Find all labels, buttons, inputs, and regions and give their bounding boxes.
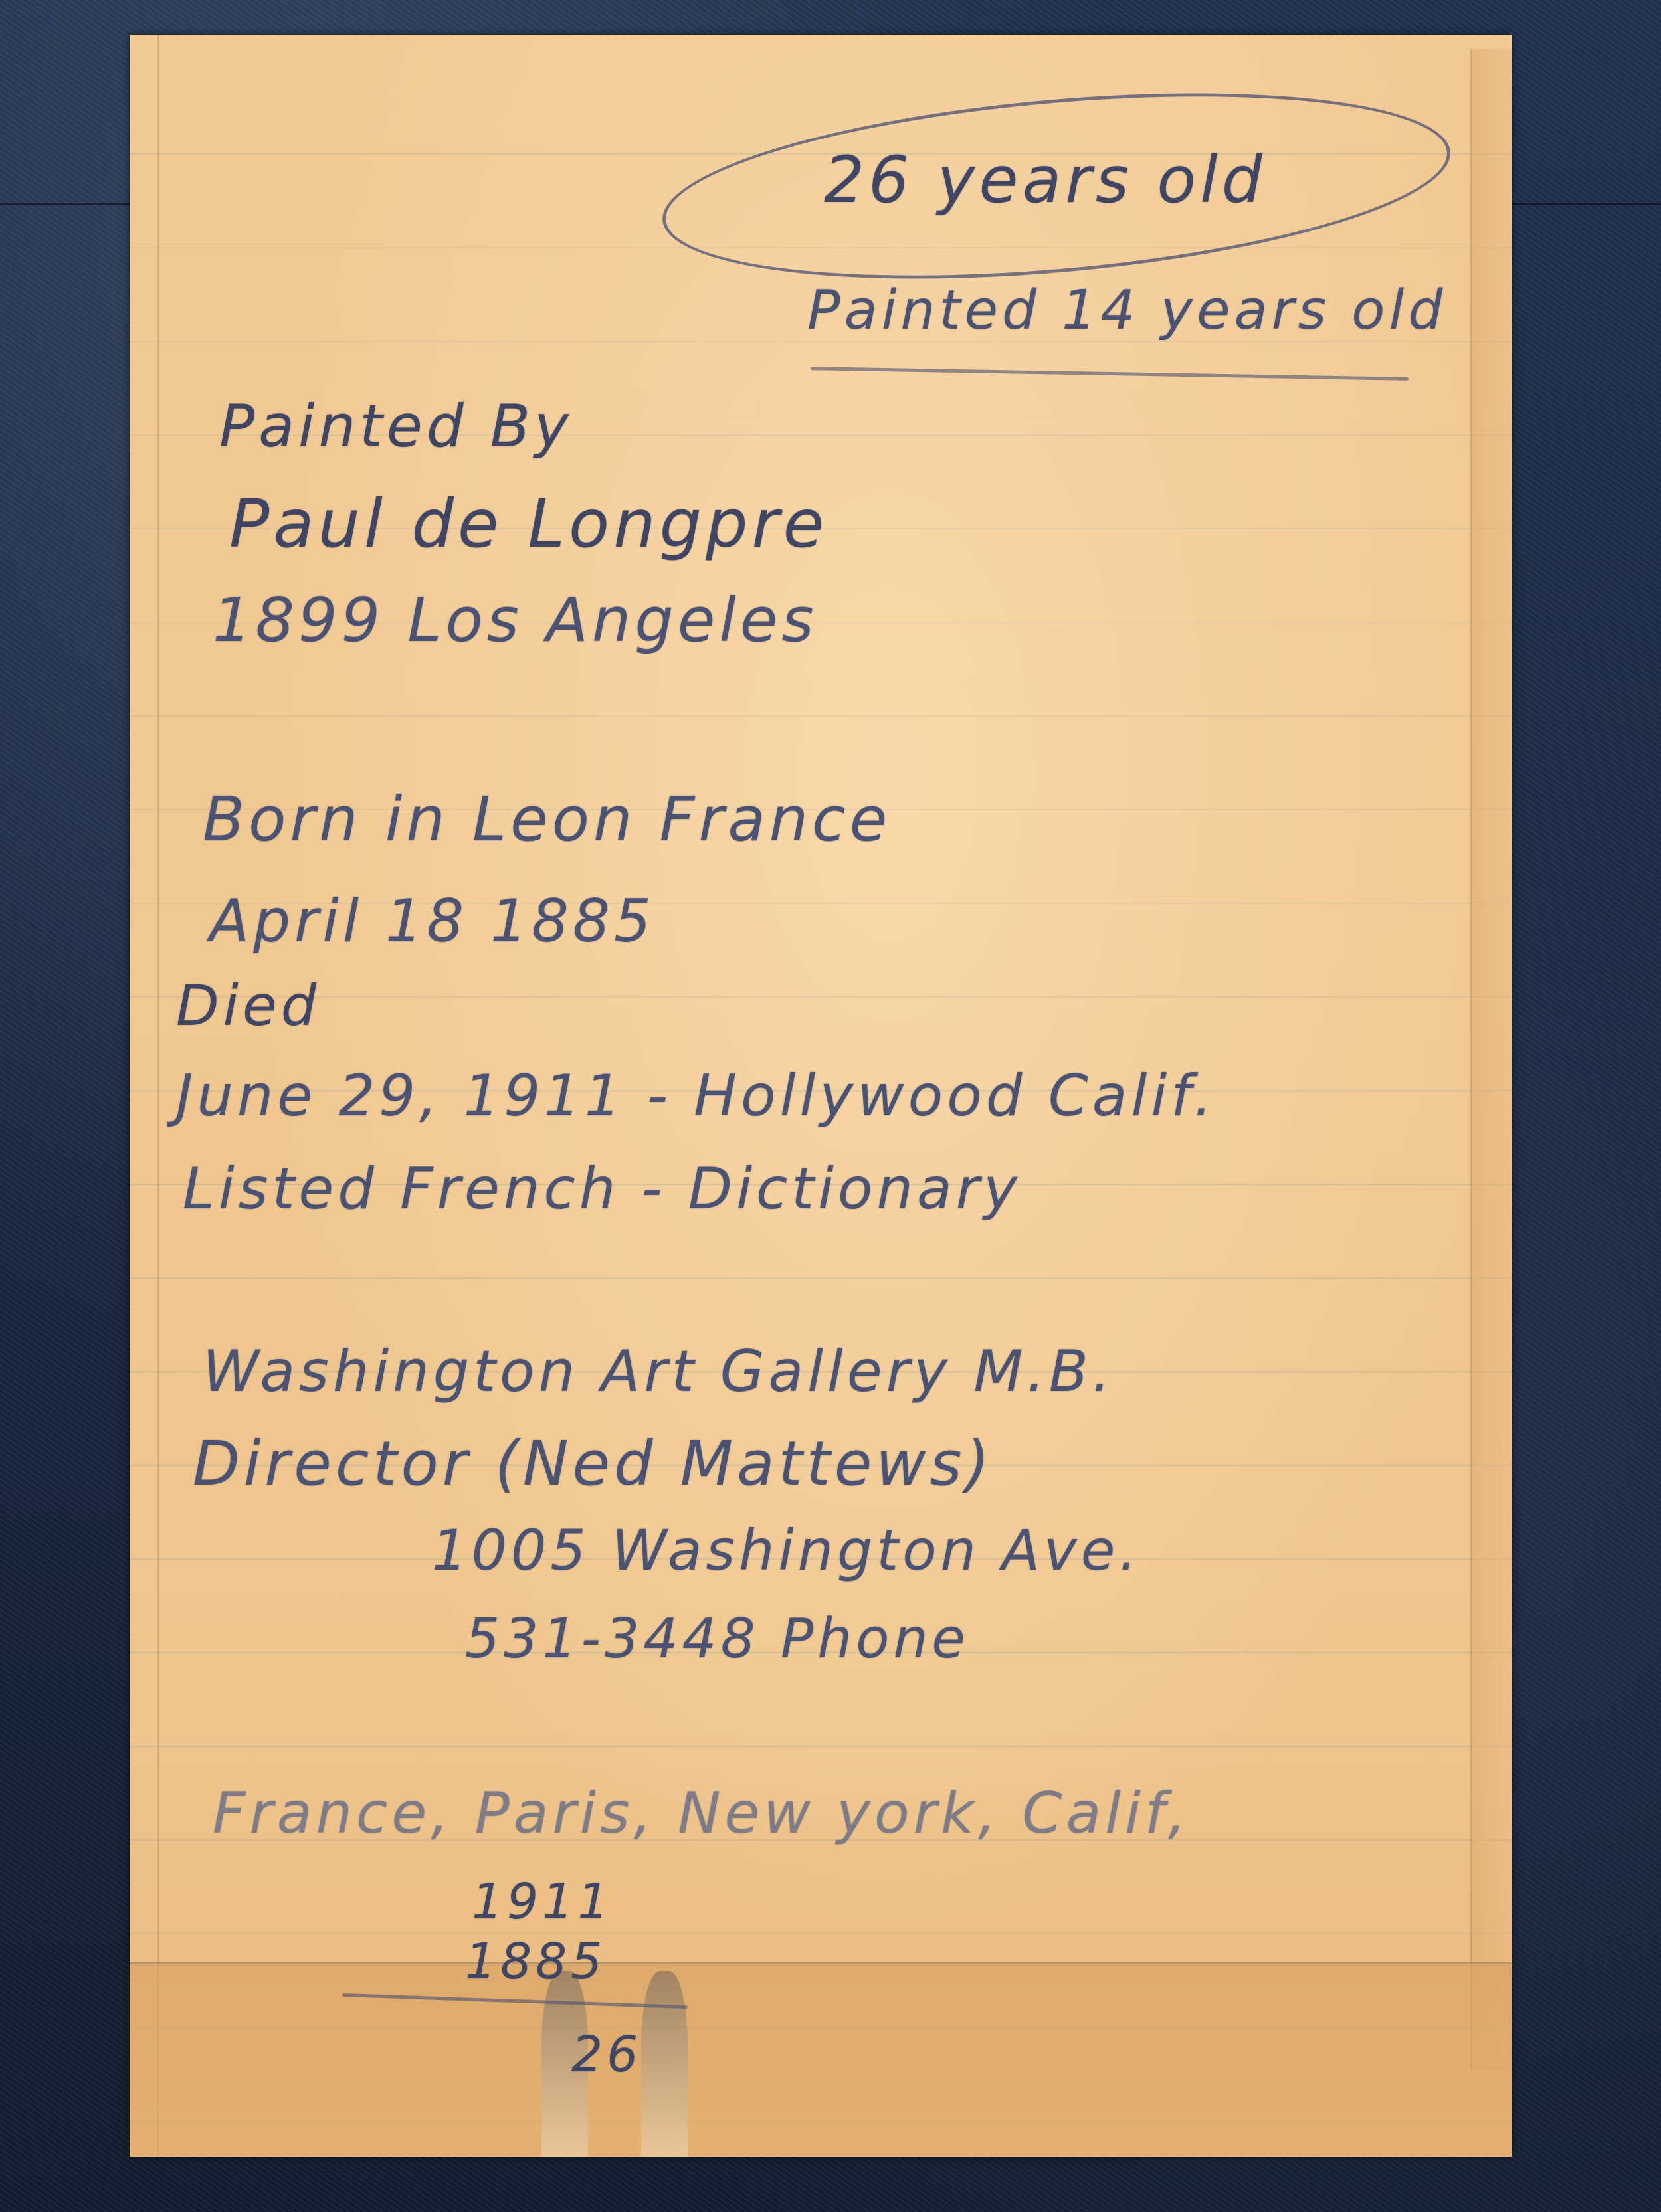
birth-date: April 18 1885 bbox=[209, 887, 655, 955]
painted-age-note: Painted 14 years old bbox=[807, 279, 1446, 342]
gallery-director: Director (Ned Mattews) bbox=[193, 1428, 993, 1499]
paper-overlap-strip bbox=[1470, 49, 1512, 2071]
artist-name: Paul de Longpre bbox=[229, 485, 828, 563]
listing-note: Listed French - Dictionary bbox=[183, 1156, 1021, 1222]
year-location: 1899 Los Angeles bbox=[213, 585, 817, 656]
birthplace: Born in Leon France bbox=[203, 784, 891, 855]
gallery-name: Washington Art Gallery M.B. bbox=[203, 1338, 1114, 1405]
tape-stain bbox=[641, 1971, 688, 2157]
places-list: France, Paris, New york, Calif, bbox=[213, 1780, 1190, 1847]
gallery-address: 1005 Washington Ave. bbox=[432, 1518, 1141, 1583]
died-label: Died bbox=[176, 973, 320, 1038]
calc-result: 26 bbox=[571, 2026, 642, 2083]
paper-margin-line bbox=[157, 35, 159, 2157]
calc-subtrahend: 1885 bbox=[465, 1933, 606, 1990]
gallery-phone: 531-3448 Phone bbox=[465, 1608, 969, 1671]
age-at-death-note: 26 years old bbox=[824, 143, 1266, 217]
painted-by-label: Painted By bbox=[219, 392, 573, 460]
death-date-place: June 29, 1911 - Hollywood Calif. bbox=[176, 1063, 1216, 1129]
calc-minuend: 1911 bbox=[472, 1873, 613, 1930]
paper-bottom-fold bbox=[130, 1962, 1512, 2157]
